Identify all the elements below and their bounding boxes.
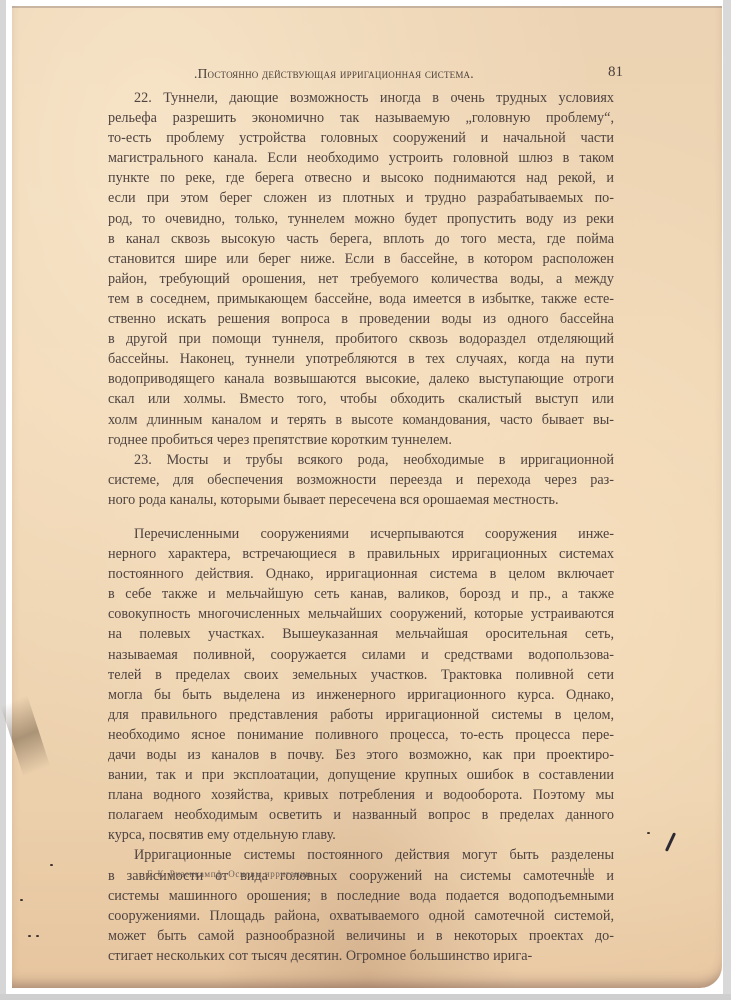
text-line: дачи воды из каналов в почву. Без этого … — [108, 745, 614, 765]
text-line: нерного характера, встречающиеся в прави… — [108, 544, 614, 564]
text-line: холм длинным каналом и терять в высоте к… — [108, 410, 614, 430]
text-line: Ирригационные системы постоянного действ… — [108, 845, 614, 865]
text-line: в канал сквозь высокую часть берега, впл… — [108, 229, 614, 249]
text-line: если при этом берег сложен из плотных и … — [108, 188, 614, 208]
ink-speck — [647, 832, 650, 834]
text-line: магистрального канала. Если необходимо у… — [108, 148, 614, 168]
ink-speck — [20, 899, 23, 901]
text-line: совокупность многочисленных мельчайших с… — [108, 604, 614, 624]
text-line: тем в соседнем, примыкающем бассейне, во… — [108, 289, 614, 309]
text-line: необходимо ясное понимание поливного про… — [108, 725, 614, 745]
text-line: в другой при помощи туннеля, пробитого с… — [108, 329, 614, 349]
text-line: курса, посвятив ему отдельную главу. — [108, 825, 614, 845]
text-line: на полевых участках. Вышеуказанная мельч… — [108, 624, 614, 644]
paragraph-gap — [108, 510, 614, 524]
text-line: пункте по реке, где берега отвесно и выс… — [108, 168, 614, 188]
text-line: системе, для обеспечения возможности пер… — [108, 470, 614, 490]
text-line: системы машинного орошения; в последние … — [108, 886, 614, 906]
paragraph: 23. Мосты и трубы всякого рода, необходи… — [108, 450, 614, 510]
ink-speck — [36, 935, 39, 937]
pen-mark — [665, 832, 676, 851]
footer-signature: Г. К. Ризенкампф. Основы ирригации. — [147, 869, 314, 879]
text-line: Перечисленными сооружениями исчерпываютс… — [108, 524, 614, 544]
sheet-mark: 11 — [582, 867, 592, 878]
text-line: район, требующий орошения, нет требуемог… — [108, 269, 614, 289]
text-line: 22. Туннели, дающие возможность иногда в… — [108, 88, 614, 108]
text-line: называемая поливной, сооружается силами … — [108, 645, 614, 665]
text-line: 23. Мосты и трубы всякого рода, необходи… — [108, 450, 614, 470]
ink-speck — [50, 864, 53, 866]
text-line: скал или холмы. Вместо того, чтобы обход… — [108, 389, 614, 409]
text-line: рельефа разрешить экономично так называе… — [108, 108, 614, 128]
paragraph: 22. Туннели, дающие возможность иногда в… — [108, 88, 614, 450]
text-line: полагаем необходимым осветить и названны… — [108, 805, 614, 825]
paragraph: Перечисленными сооружениями исчерпываютс… — [108, 524, 614, 846]
text-line: в себе также и мельчайшую сеть канав, ва… — [108, 584, 614, 604]
body-text: 22. Туннели, дающие возможность иногда в… — [108, 88, 614, 966]
text-line: для правильного представления работы ирр… — [108, 705, 614, 725]
paragraph: Ирригационные системы постоянного действ… — [108, 845, 614, 966]
text-line: годнее пробиться через препятствие корот… — [108, 430, 614, 450]
text-line: может быть самой разнообразной величины … — [108, 926, 614, 946]
text-line: плана водного хозяйства, кривых потребле… — [108, 785, 614, 805]
text-line: ного рода каналы, которыми бывает пересе… — [108, 490, 614, 510]
text-line: телей в пределах своих земельных участко… — [108, 665, 614, 685]
text-line: то-есть проблему устройства головных соо… — [108, 128, 614, 148]
text-line: водоприводящего канала возвышаются высок… — [108, 369, 614, 389]
text-line: становится шире или берег ниже. Если в б… — [108, 249, 614, 269]
text-line: ственно искать решения вопроса в проведе… — [108, 309, 614, 329]
text-line: могла бы быть выделена из инженерного ир… — [108, 685, 614, 705]
scan-edge-right — [723, 0, 731, 1000]
scan-edge-bottom — [0, 994, 731, 1000]
text-line: род, то очевидно, только, туннелем можно… — [108, 209, 614, 229]
ink-speck — [28, 935, 31, 937]
page-number: 81 — [608, 64, 623, 81]
text-line: постоянного действия. Однако, ирригацион… — [108, 564, 614, 584]
scan-edge-left — [0, 0, 6, 1000]
text-line: бассейны. Наконец, туннели употребляются… — [108, 349, 614, 369]
running-head: .Постоянно действующая ирригационная сис… — [194, 66, 622, 82]
text-line: стигает нескольких сот тысяч десятин. Ог… — [108, 946, 614, 966]
text-line: вании, так и при эксплоатации, допущение… — [108, 765, 614, 785]
text-line: сооружениями. Площадь района, охватываем… — [108, 906, 614, 926]
